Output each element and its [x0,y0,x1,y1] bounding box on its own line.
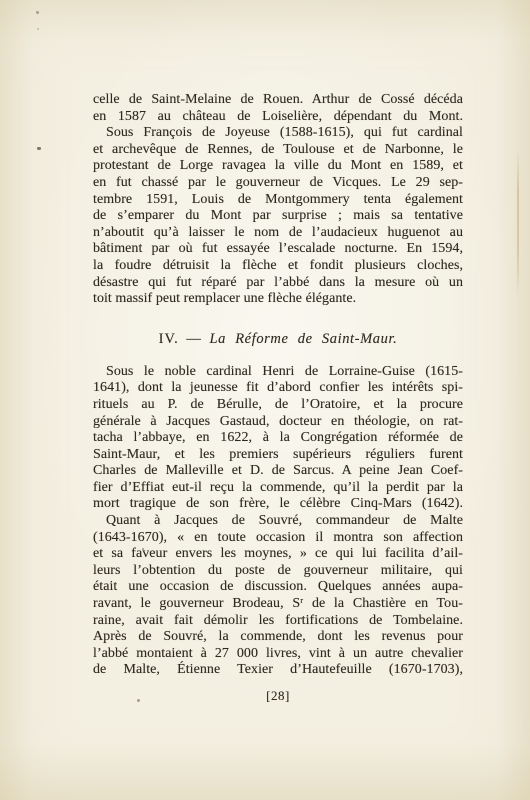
page-number: [28] [93,688,463,704]
text-line: et archevêque de Rennes, de Toulouse et … [93,142,463,159]
text-block: celle de Saint-Melaine de Rouen. Arthur … [93,92,463,679]
text-line: la foudre détruisit la flèche et fondit … [93,258,463,275]
text-line: Après de Souvré, la commende, dont les r… [93,629,463,646]
scan-speck [36,11,39,14]
scan-crease [517,148,519,298]
text-line: générale à Jacques Gastaud, docteur en t… [93,414,463,431]
text-line: l’abbé montaient à 27 000 livres, vint à… [93,646,463,663]
text-line: toit massif peut remplacer une flèche él… [93,291,463,308]
paragraph: Quant à Jacques de Souvré, commandeur de… [93,513,463,679]
section-title: La Réforme de Saint-Maur. [209,331,397,347]
text-line: Charles de Malleville et D. de Sarcus. A… [93,463,463,480]
text-line: n’aboutit qu’à laisser le nom de l’audac… [93,225,463,242]
text-line: Saint-Maur, et les premiers supérieurs r… [93,447,463,464]
text-line: désastre qui fut réparé par l’abbé dans … [93,275,463,292]
text-line: tembre 1591, Louis de Montgommery tenta … [93,192,463,209]
text-line: bâtiment par où fut essayée l’escalade n… [93,241,463,258]
text-line: fier d’Effiat eut-il reçu la commende, q… [93,480,463,497]
text-line: 1641), dont la jeunesse fit d’abord conf… [93,380,463,397]
text-line: protestant de Lorge ravagea la ville du … [93,158,463,175]
text-line: de Malte, Étienne Texier d’Hautefeuille … [93,662,463,679]
text-line: et sa faveur envers les moynes, » ce qui… [93,546,463,563]
text-line: (1643-1670), « en toute occasion il mont… [93,530,463,547]
scanned-book-page: { "page": { "colors": { "paper": "#f3efe… [0,0,530,800]
page: celle de Saint-Melaine de Rouen. Arthur … [0,0,530,800]
text-line: de s’emparer du Mont par surprise ; mais… [93,208,463,225]
text-line: raine, avait fait démolir les fortificat… [93,613,463,630]
text-line: Sous François de Joyeuse (1588-1615), qu… [93,125,463,142]
text-line: en fut chassé par le gouverneur de Vicqu… [93,175,463,192]
text-line: tacha l’abbaye, en 1622, à la Congrégati… [93,430,463,447]
section-number: IV. — [159,331,210,347]
scan-speck [37,147,41,150]
text-line: était une occasion de discussion. Quelqu… [93,579,463,596]
text-line: ravant, le gouverneur Brodeau, Sʳ de la … [93,596,463,613]
text-line: Quant à Jacques de Souvré, commandeur de… [93,513,463,530]
paragraph: celle de Saint-Melaine de Rouen. Arthur … [93,92,463,125]
text-line: rituels au P. de Bérulle, de l’Oratoire,… [93,397,463,414]
text-line: mort tragique de son frère, le célèbre C… [93,496,463,513]
text-line: celle de Saint-Melaine de Rouen. Arthur … [93,92,463,109]
section-heading: IV. — La Réforme de Saint-Maur. [93,329,463,349]
text-line: en 1587 au château de Loiselière, dépend… [93,109,463,126]
text-line: leurs l’obtention du poste de gouverneur… [93,563,463,580]
paragraph: Sous le noble cardinal Henri de Lorraine… [93,364,463,513]
scan-speck [37,28,39,30]
paragraph: Sous François de Joyeuse (1588-1615), qu… [93,125,463,308]
text-line: Sous le noble cardinal Henri de Lorraine… [93,364,463,381]
